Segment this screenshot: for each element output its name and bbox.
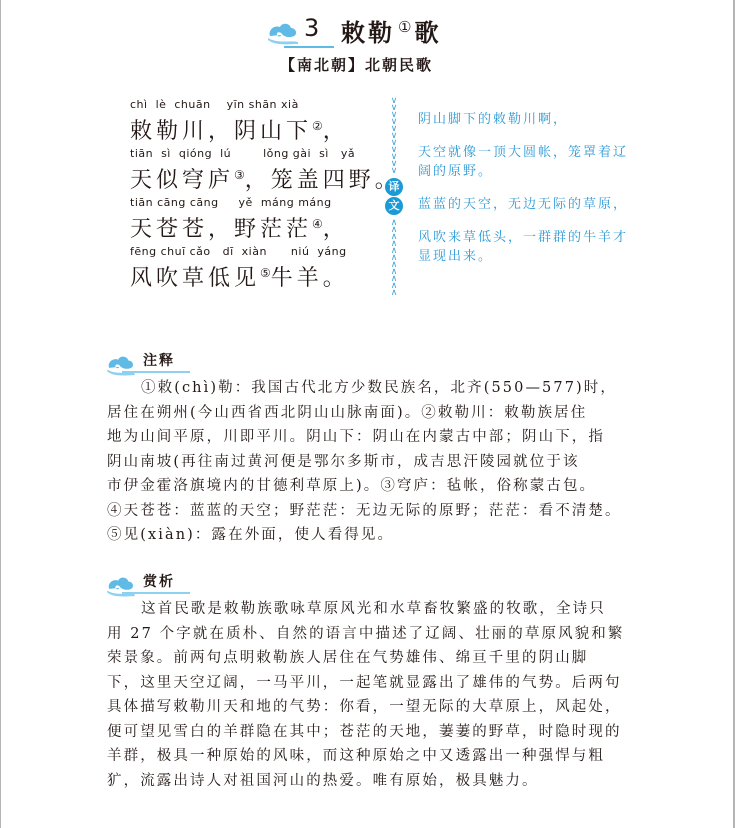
cloud-icon bbox=[107, 355, 135, 377]
title-underline bbox=[284, 46, 334, 48]
heading-underline bbox=[122, 592, 190, 594]
verse: 敕勒川，阴山下 bbox=[130, 119, 312, 144]
lesson-number: 3 bbox=[304, 14, 319, 42]
poem-text: 天苍苍，野茫茫④， bbox=[130, 212, 380, 242]
poem-text: 敕勒川，阴山下②， bbox=[130, 114, 380, 144]
notes-line: 地为山间平原，川即平川。阴山下：阴山在内蒙古中部；阴山下，指 bbox=[107, 425, 663, 450]
notes-line: 居住在朔州(今山西省西北阴山山脉南面)。②敕勒川：敕勒族居住 bbox=[107, 401, 663, 426]
title-end: 歌 bbox=[414, 19, 441, 47]
pinyin: chì lè chuān yīn shān xià bbox=[130, 98, 380, 114]
poem-line: tiān cāng cāng yě máng máng 天苍苍，野茫茫④， bbox=[130, 196, 380, 245]
poem-text: 天似穹庐③，笼盖四野。 bbox=[130, 163, 380, 193]
notes-heading-label: 注释 bbox=[143, 350, 175, 370]
translation-line: 风吹来草低头，一群群的牛羊才显现出来。 bbox=[418, 228, 638, 266]
cloud-icon bbox=[107, 576, 135, 598]
appreciation-line: 便可望见雪白的羊群隐在其中；苍茫的天地，萋萋的野草，时隐时现的 bbox=[107, 720, 663, 745]
poem: chì lè chuān yīn shān xià 敕勒川，阴山下②， tiān… bbox=[130, 98, 380, 294]
appreciation-heading: 赏析 bbox=[107, 571, 247, 595]
translation-divider: ∨∨∨∨∨∨∨∨∨∨∨ 译 文 ∧∧∧∧∧∧∧∧∧∧∧ bbox=[387, 98, 401, 298]
chevron-up-icons: ∧∧∧∧∧∧∧∧∧∧∧ bbox=[387, 220, 401, 297]
notes-line: 阴山南坡(再往南过黄河便是鄂尔多斯市，成吉思汗陵园就位于该 bbox=[107, 450, 663, 475]
chevron-down-icons: ∨∨∨∨∨∨∨∨∨∨∨ bbox=[387, 98, 401, 175]
translation-line: 蓝蓝的天空，无边无际的草原， bbox=[418, 195, 638, 214]
verse-rest: ，笼盖四野 bbox=[245, 168, 375, 193]
translation: 阴山脚下的敕勒川啊， 天空就像一顶大圆帐，笼罩着辽阔的原野。 蓝蓝的天空，无边无… bbox=[418, 110, 638, 280]
punct: ， bbox=[323, 119, 349, 144]
notes-line: ①敕(chì)勒：我国古代北方少数民族名，北齐(550—577)时， bbox=[107, 376, 663, 401]
heading-underline bbox=[122, 371, 190, 373]
pinyin: fēng chuī cǎo dī xiàn niú yáng bbox=[130, 245, 380, 261]
appreciation-line: 羊群，极具一种原始的风味，而这种原始之中又透露出一种强悍与粗 bbox=[107, 744, 663, 769]
pinyin: tiān sì qióng lú lǒng gài sì yǎ bbox=[130, 147, 380, 163]
note-marker[interactable]: ② bbox=[312, 119, 323, 133]
lesson-title: 3 敕勒①歌 bbox=[268, 8, 528, 48]
translation-line: 阴山脚下的敕勒川啊， bbox=[418, 110, 638, 129]
poem-line: chì lè chuān yīn shān xià 敕勒川，阴山下②， bbox=[130, 98, 380, 147]
note-marker[interactable]: ③ bbox=[234, 168, 245, 182]
verse-rest: 牛羊 bbox=[271, 266, 323, 291]
appreciation-line: 用 27 个字就在质朴、自然的语言中描述了辽阔、壮丽的草原风貌和繁 bbox=[107, 622, 663, 647]
cloud-icon bbox=[268, 22, 298, 46]
notes-body: ①敕(chì)勒：我国古代北方少数民族名，北齐(550—577)时， 居住在朔州… bbox=[107, 376, 663, 548]
appreciation-body: 这首民歌是敕勒族歌咏草原风光和水草畜牧繁盛的牧歌，全诗只 用 27 个字就在质朴… bbox=[107, 597, 663, 793]
lesson-subtitle: 【南北朝】北朝民歌 bbox=[280, 54, 433, 75]
notes-line: 市伊金霍洛旗境内的甘德利草原上)。③穹庐：毡帐，俗称蒙古包。 bbox=[107, 474, 663, 499]
notes-line: ⑤见(xiàn)：露在外面，使人看得见。 bbox=[107, 523, 663, 548]
poem-line: fēng chuī cǎo dī xiàn niú yáng 风吹草低见⑤牛羊。 bbox=[130, 245, 380, 294]
badge-wen: 文 bbox=[385, 197, 403, 215]
punct: 。 bbox=[323, 266, 349, 291]
poem-line: tiān sì qióng lú lǒng gài sì yǎ 天似穹庐③，笼盖… bbox=[130, 147, 380, 196]
title-main: 敕勒 bbox=[341, 19, 395, 47]
verse: 风吹草低见 bbox=[130, 266, 260, 291]
lesson-title-text: 敕勒①歌 bbox=[341, 13, 441, 48]
verse: 天苍苍，野茫茫 bbox=[130, 217, 312, 242]
badge-yi: 译 bbox=[385, 178, 403, 196]
poem-text: 风吹草低见⑤牛羊。 bbox=[130, 261, 380, 291]
appreciation-line: 下，这里天空辽阔，一马平川，一起笔就显露出了雄伟的气势。后两句 bbox=[107, 671, 663, 696]
appreciation-line: 具体描写敕勒川天和地的气势：你看，一望无际的大草原上，风起处， bbox=[107, 695, 663, 720]
appreciation-line: 荣景象。前两句点明敕勒族人居住在气势雄伟、绵亘千里的阴山脚 bbox=[107, 646, 663, 671]
notes-heading: 注释 bbox=[107, 350, 247, 374]
pinyin: tiān cāng cāng yě máng máng bbox=[130, 196, 380, 212]
appreciation-line: 这首民歌是敕勒族歌咏草原风光和水草畜牧繁盛的牧歌，全诗只 bbox=[107, 597, 663, 622]
notes-line: ④天苍苍：蓝蓝的天空；野茫茫：无边无际的原野；茫茫：看不清楚。 bbox=[107, 499, 663, 524]
appreciation-heading-label: 赏析 bbox=[143, 571, 175, 591]
title-note-marker[interactable]: ① bbox=[398, 18, 411, 36]
note-marker[interactable]: ⑤ bbox=[260, 266, 271, 280]
appreciation-line: 犷，流露出诗人对祖国河山的热爱。唯有原始，极具魅力。 bbox=[107, 769, 663, 794]
verse: 天似穹庐 bbox=[130, 168, 234, 193]
page-border-left bbox=[0, 0, 1, 828]
punct: ， bbox=[323, 217, 349, 242]
translation-line: 天空就像一顶大圆帐，笼罩着辽阔的原野。 bbox=[418, 143, 638, 181]
note-marker[interactable]: ④ bbox=[312, 217, 323, 231]
